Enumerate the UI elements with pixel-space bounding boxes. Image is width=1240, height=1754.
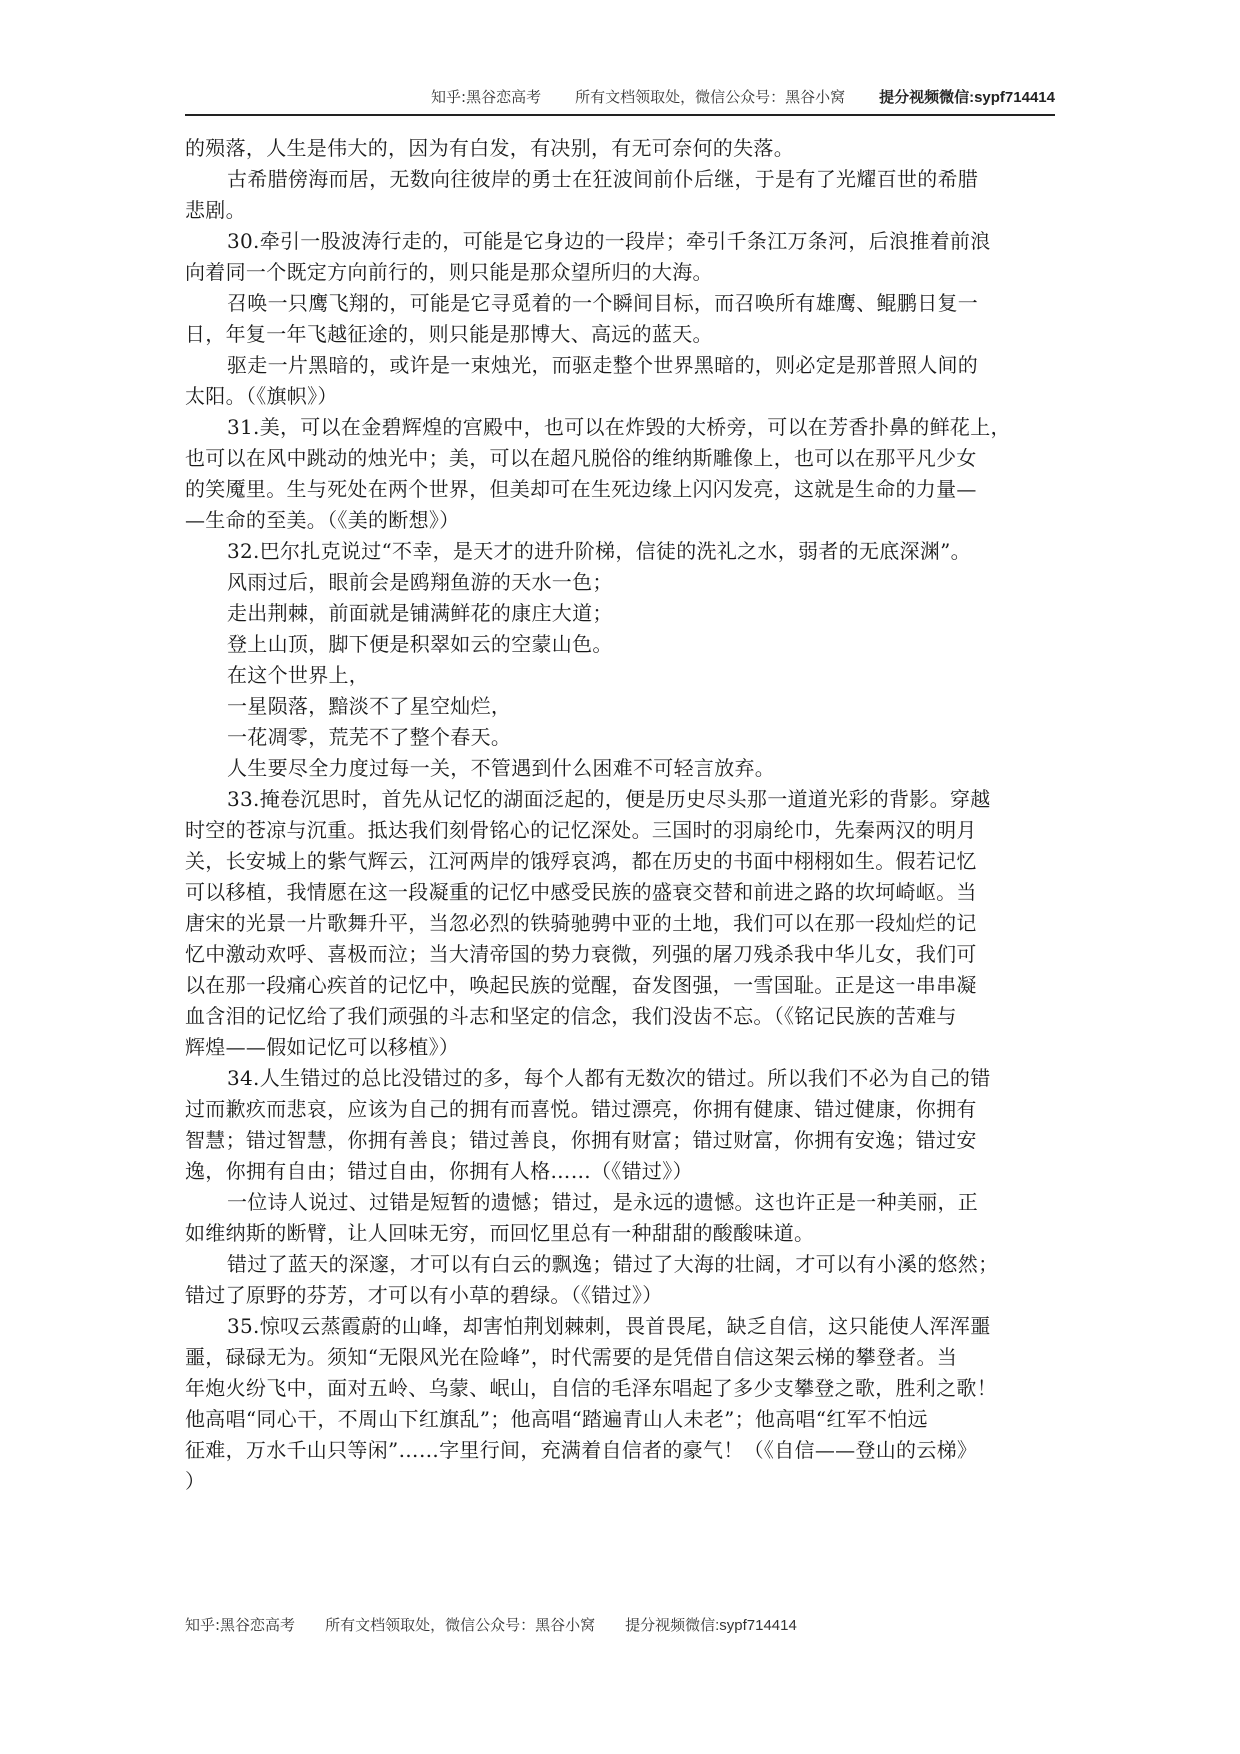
text-line: 走出荆棘，前面就是铺满鲜花的康庄大道；	[185, 598, 1065, 629]
text-line: 错过了原野的芬芳，才可以有小草的碧绿。（《错过》）	[185, 1280, 1065, 1311]
text-line: 过而歉疚而悲哀，应该为自己的拥有而喜悦。错过漂亮，你拥有健康、错过健康，你拥有	[185, 1094, 1065, 1125]
text-line: 的殒落，人生是伟大的，因为有白发，有决别，有无可奈何的失落。	[185, 133, 1065, 164]
text-line: 35.惊叹云蒸霞蔚的山峰，却害怕荆划棘刺，畏首畏尾，缺乏自信，这只能使人浑浑噩	[185, 1311, 1065, 1342]
text-line: 登上山顶，脚下便是积翠如云的空蒙山色。	[185, 629, 1065, 660]
text-line: 他高唱“同心干，不周山下红旗乱”；他高唱“踏遍青山人未老”；他高唱“红军不怕远	[185, 1404, 1065, 1435]
footer-wechat-label: 提分视频微信:sypf714414	[625, 1614, 797, 1635]
header-zhihu-label: 知乎:黑谷恋高考	[431, 86, 541, 107]
text-line: 驱走一片黑暗的，或许是一束烛光，而驱走整个世界黑暗的，则必定是那普照人间的	[185, 350, 1065, 381]
text-line: —生命的至美。（《美的断想》）	[185, 505, 1065, 536]
text-line: ）	[185, 1466, 1065, 1497]
text-line: 年炮火纷飞中，面对五岭、乌蒙、岷山，自信的毛泽东唱起了多少支攀登之歌，胜利之歌！	[185, 1373, 1065, 1404]
text-line: 召唤一只鹰飞翔的，可能是它寻觅着的一个瞬间目标，而召唤所有雄鹰、鲲鹏日复一	[185, 288, 1065, 319]
text-line: 征难，万水千山只等闲”……字里行间，充满着自信者的豪气！（《自信——登山的云梯》	[185, 1435, 1065, 1466]
text-line: 风雨过后，眼前会是鸥翔鱼游的天水一色；	[185, 567, 1065, 598]
text-line: 在这个世界上，	[185, 660, 1065, 691]
text-line: 33.掩卷沉思时，首先从记忆的湖面泛起的，便是历史尽头那一道道光彩的背影。穿越	[185, 784, 1065, 815]
text-line: 太阳。（《旗帜》）	[185, 381, 1065, 412]
text-line: 唐宋的光景一片歌舞升平，当忽必烈的铁骑驰骋中亚的土地，我们可以在那一段灿烂的记	[185, 908, 1065, 939]
text-line: 向着同一个既定方向前行的，则只能是那众望所归的大海。	[185, 257, 1065, 288]
text-line: 错过了蓝天的深邃，才可以有白云的飘逸；错过了大海的壮阔，才可以有小溪的悠然；	[185, 1249, 1065, 1280]
text-line: 逸，你拥有自由；错过自由，你拥有人格……（《错过》）	[185, 1156, 1065, 1187]
text-line: 30.牵引一股波涛行走的，可能是它身边的一段岸；牵引千条江万条河，后浪推着前浪	[185, 226, 1065, 257]
text-line: 忆中激动欢呼、喜极而泣；当大清帝国的势力衰微，列强的屠刀残杀我中华儿女，我们可	[185, 939, 1065, 970]
text-line: 31.美，可以在金碧辉煌的宫殿中，也可以在炸毁的大桥旁，可以在芳香扑鼻的鲜花上，	[185, 412, 1065, 443]
text-line: 以在那一段痛心疾首的记忆中，唤起民族的觉醒，奋发图强，一雪国耻。正是这一串串凝	[185, 970, 1065, 1001]
header-docs-label: 所有文档领取处，微信公众号：黑谷小窝	[575, 86, 845, 107]
text-line: 一花凋零，荒芜不了整个春天。	[185, 722, 1065, 753]
text-line: 噩，碌碌无为。须知“无限风光在险峰”，时代需要的是凭借自信这架云梯的攀登者。当	[185, 1342, 1065, 1373]
footer-zhihu-label: 知乎:黑谷恋高考	[185, 1614, 295, 1635]
text-line: 如维纳斯的断臂，让人回味无穷，而回忆里总有一种甜甜的酸酸味道。	[185, 1218, 1065, 1249]
text-line: 32.巴尔扎克说过“不幸，是天才的进升阶梯，信徒的洗礼之水，弱者的无底深渊”。	[185, 536, 1065, 567]
text-line: 智慧；错过智慧，你拥有善良；错过善良，你拥有财富；错过财富，你拥有安逸；错过安	[185, 1125, 1065, 1156]
text-line: 古希腊傍海而居，无数向往彼岸的勇士在狂波间前仆后继，于是有了光耀百世的希腊	[185, 164, 1065, 195]
page-header: 知乎:黑谷恋高考所有文档领取处，微信公众号：黑谷小窝提分视频微信:sypf714…	[185, 86, 1055, 116]
text-line: 34.人生错过的总比没错过的多，每个人都有无数次的错过。所以我们不必为自己的错	[185, 1063, 1065, 1094]
text-line: 的笑魇里。生与死处在两个世界，但美却可在生死边缘上闪闪发亮，这就是生命的力量—	[185, 474, 1065, 505]
text-line: 辉煌——假如记忆可以移植》）	[185, 1032, 1065, 1063]
footer-docs-label: 所有文档领取处，微信公众号：黑谷小窝	[325, 1614, 595, 1635]
text-line: 也可以在风中跳动的烛光中；美，可以在超凡脱俗的维纳斯雕像上，也可以在那平凡少女	[185, 443, 1065, 474]
document-body: 的殒落，人生是伟大的，因为有白发，有决别，有无可奈何的失落。古希腊傍海而居，无数…	[185, 133, 1065, 1497]
text-line: 悲剧。	[185, 195, 1065, 226]
text-line: 日，年复一年飞越征途的，则只能是那博大、高远的蓝天。	[185, 319, 1065, 350]
text-line: 血含泪的记忆给了我们顽强的斗志和坚定的信念，我们没齿不忘。（《铭记民族的苦难与	[185, 1001, 1065, 1032]
text-line: 一位诗人说过、过错是短暂的遗憾；错过，是永远的遗憾。这也许正是一种美丽，正	[185, 1187, 1065, 1218]
text-line: 时空的苍凉与沉重。抵达我们刻骨铭心的记忆深处。三国时的羽扇纶巾，先秦两汉的明月	[185, 815, 1065, 846]
text-line: 关，长安城上的紫气辉云，江河两岸的饿殍哀鸿，都在历史的书面中栩栩如生。假若记忆	[185, 846, 1065, 877]
text-line: 人生要尽全力度过每一关，不管遇到什么困难不可轻言放弃。	[185, 753, 1065, 784]
text-line: 一星陨落，黯淡不了星空灿烂，	[185, 691, 1065, 722]
page-footer: 知乎:黑谷恋高考所有文档领取处，微信公众号：黑谷小窝提分视频微信:sypf714…	[185, 1614, 797, 1635]
text-line: 可以移植，我情愿在这一段凝重的记忆中感受民族的盛衰交替和前进之路的坎坷崎岖。当	[185, 877, 1065, 908]
header-wechat-label: 提分视频微信:sypf714414	[879, 86, 1055, 107]
